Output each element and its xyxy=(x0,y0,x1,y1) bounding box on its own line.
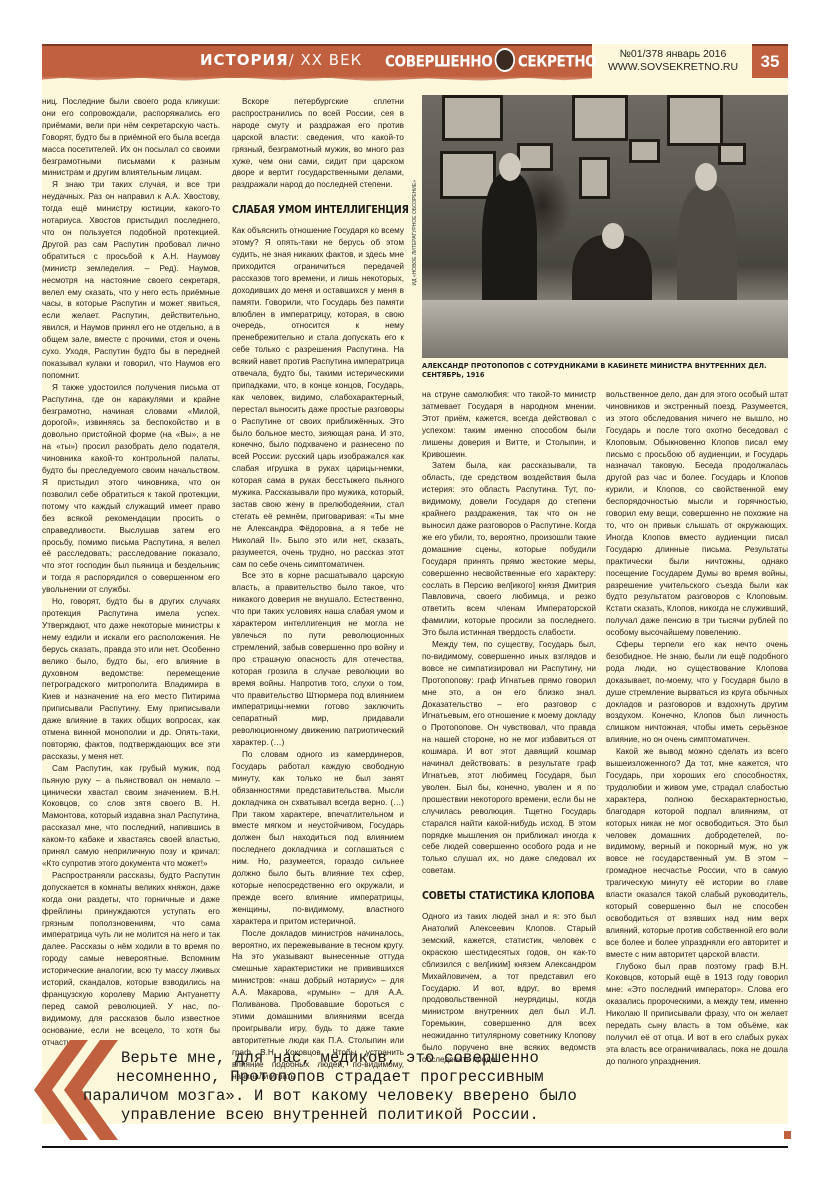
masthead: ИСТОРИЯ/ XX ВЕК СОВЕРШЕННОСЕКРЕТНО №01/3… xyxy=(42,44,788,79)
section-heading: СОВЕТЫ СТАТИСТИКА КЛОПОВА xyxy=(422,891,579,903)
paragraph: Как объяснить отношение Государя ко всем… xyxy=(232,225,404,570)
section-subtitle: / XX ВЕК xyxy=(289,51,363,69)
article-column-2: Вскоре петербургские сплетни распростран… xyxy=(232,96,404,1082)
paragraph: Какой же вывод можно сделать из всего вы… xyxy=(606,746,788,960)
issue-number: №01/378 январь 2016 xyxy=(598,48,748,61)
paragraph: Сам Распутин, как грубый мужик, под пьян… xyxy=(42,763,220,870)
paragraph: Между тем, по существу, Государь был, по… xyxy=(422,639,596,877)
historical-photo xyxy=(422,95,788,358)
section-heading: СЛАБАЯ УМОМ ИНТЕЛЛИГЕНЦИЯ xyxy=(232,205,387,217)
section-name: ИСТОРИЯ xyxy=(200,51,289,69)
paragraph: Распространяли рассказы, будто Распутин … xyxy=(42,870,220,1049)
brand-word-left: СОВЕРШЕННО xyxy=(385,52,492,71)
photo-caption: АЛЕКСАНДР ПРОТОПОПОВ С СОТРУДНИКАМИ В КА… xyxy=(422,362,788,380)
section-title: ИСТОРИЯ/ XX ВЕК xyxy=(200,51,362,69)
paragraph: Вскоре петербургские сплетни распростран… xyxy=(232,96,404,191)
end-of-article-mark xyxy=(784,1131,791,1139)
paragraph: на струне самолюбия: что такой-то минист… xyxy=(422,389,596,460)
article-column-3: на струне самолюбия: что такой-то минист… xyxy=(422,389,596,1066)
masthead-bar: ИСТОРИЯ/ XX ВЕК СОВЕРШЕННОСЕКРЕТНО xyxy=(42,44,592,78)
pull-quote: Верьте мне, для нас, медиков, это соверш… xyxy=(75,1049,585,1125)
caption-line: СЕНТЯБРЬ, 1916 xyxy=(422,371,788,380)
website-link[interactable]: WWW.SOVSEKRETNO.RU xyxy=(598,61,748,74)
paragraph: Я также удостоился получения письма от Р… xyxy=(42,382,220,596)
article-column-1: ниц. Последние были своего рода кликуши:… xyxy=(42,96,220,1049)
paragraph: Одного из таких людей знал и я: это был … xyxy=(422,911,596,1066)
paragraph: Затем была, как рассказывали, та область… xyxy=(422,460,596,639)
paragraph: ниц. Последние были своего рода кликуши:… xyxy=(42,96,220,179)
caption-line: АЛЕКСАНДР ПРОТОПОПОВ С СОТРУДНИКАМИ В КА… xyxy=(422,362,788,371)
issue-info: №01/378 январь 2016 WWW.SOVSEKRETNO.RU xyxy=(598,48,748,74)
paragraph: По словам одного из камердинеров, Госуда… xyxy=(232,749,404,928)
photo-credit: ИД «НОВОЕ ЛИТЕРАТУРНОЕ ОБОЗРЕНИЕ» xyxy=(412,180,418,285)
article-column-4: вольственное дело, дан для этого особый … xyxy=(606,389,788,1068)
paragraph: Все это в корне расшатывало царскую влас… xyxy=(232,570,404,749)
paragraph: Я знаю три таких случая, и все три неуда… xyxy=(42,179,220,381)
page-number: 35 xyxy=(752,44,788,78)
brand-logo: СОВЕРШЕННОСЕКРЕТНО xyxy=(385,50,596,74)
paragraph: Сферы терпели его как нечто очень безоби… xyxy=(606,639,788,746)
paragraph: вольственное дело, дан для этого особый … xyxy=(606,389,788,639)
brand-word-right: СЕКРЕТНО xyxy=(518,52,596,71)
paragraph: Но, говорят, будто бы в других случаях п… xyxy=(42,596,220,763)
paragraph: Глубоко был прав поэтому граф В.Н. Коков… xyxy=(606,961,788,1068)
brand-emblem-icon xyxy=(495,48,515,72)
bottom-rule xyxy=(42,1146,788,1148)
